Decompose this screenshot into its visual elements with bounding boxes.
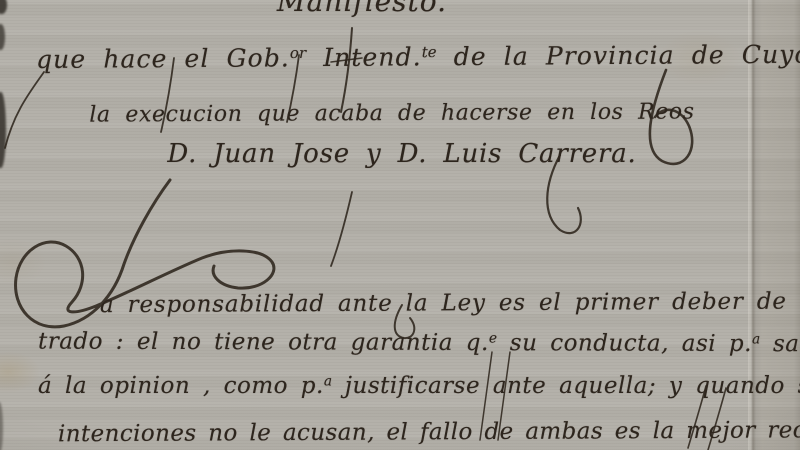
binding-shadow-mark xyxy=(0,402,3,450)
manuscript-page: Manifiesto. que hace el Gob.or Intend.te… xyxy=(0,0,800,450)
manuscript-title-cropped: Manifiesto. xyxy=(277,0,447,18)
binding-shadow-mark xyxy=(0,0,7,14)
manuscript-body-line-1: a responsabilidad ante la Ley es el prim… xyxy=(100,288,800,318)
manuscript-line-subtitle-2: la execucion que acaba de hacerse en los… xyxy=(89,99,694,127)
binding-shadow-mark xyxy=(0,92,6,168)
manuscript-body-line-2: trado : el no tiene otra garantia q.e su… xyxy=(38,329,800,358)
manuscript-line-names: D. Juan Jose y D. Luis Carrera. xyxy=(167,139,636,169)
binding-shadow-mark xyxy=(0,24,5,50)
y-descender xyxy=(331,192,352,266)
manuscript-body-line-3: á la opinion , como p.a justificarse ant… xyxy=(38,373,800,399)
manuscript-body-line-4: intenciones no le acusan, el fallo de am… xyxy=(58,417,800,447)
manuscript-line-subtitle-1: que hace el Gob.or Intend.te de la Provi… xyxy=(36,39,800,74)
que-descender xyxy=(5,72,44,148)
